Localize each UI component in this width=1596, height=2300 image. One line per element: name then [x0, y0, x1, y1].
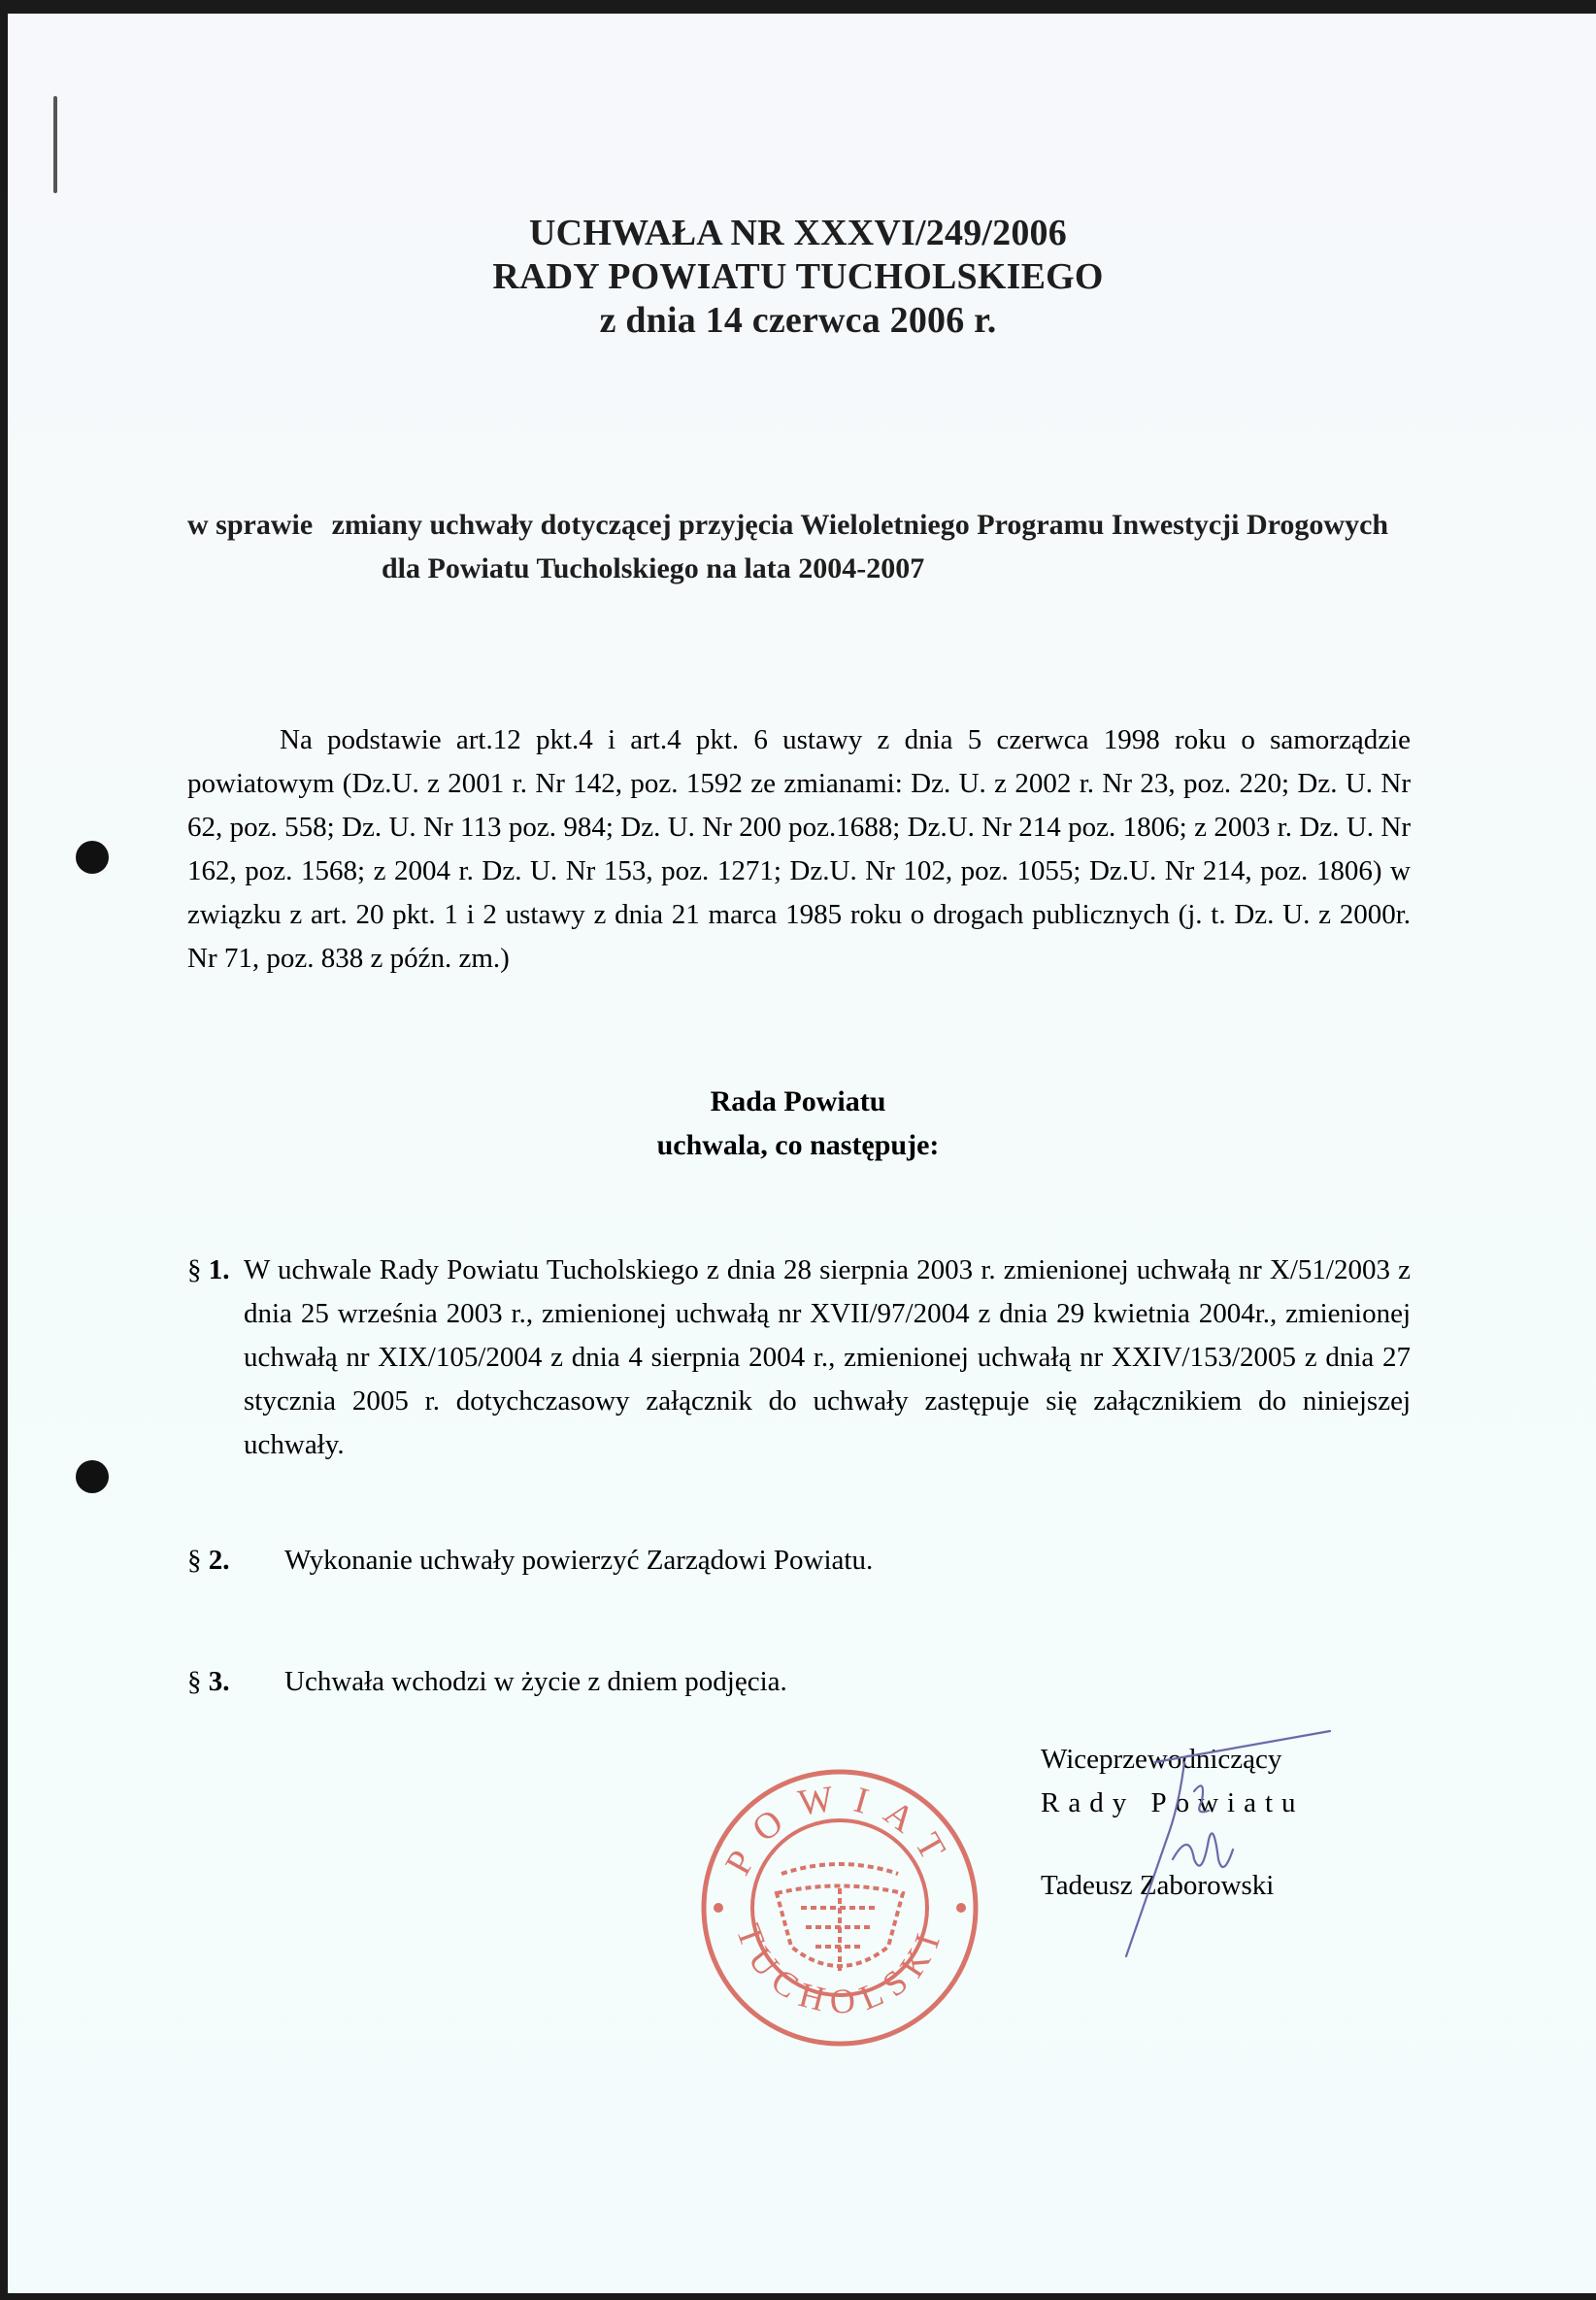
- handwritten-signature: [1097, 1723, 1349, 1976]
- council-name: Rada Powiatu: [0, 1080, 1596, 1123]
- resolution-subject: w sprawie zmiany uchwały dotyczącej przy…: [187, 503, 1411, 590]
- resolution-number: UCHWAŁA NR XXXVI/249/2006: [0, 212, 1596, 255]
- paragraph-number: § 2.: [187, 1539, 284, 1583]
- paragraph-number: § 3.: [187, 1660, 284, 1704]
- paragraph-number: § 1.: [187, 1249, 244, 1467]
- paragraph-2: § 2. Wykonanie uchwały powierzyć Zarządo…: [187, 1539, 1411, 1583]
- paragraph-1: § 1. W uchwale Rady Powiatu Tucholskiego…: [187, 1249, 1411, 1467]
- legal-basis: Na podstawie art.12 pkt.4 i art.4 pkt. 6…: [187, 718, 1411, 981]
- council-resolves: uchwala, co następuje:: [0, 1123, 1596, 1167]
- paragraph-3: § 3. Uchwała wchodzi w życie z dniem pod…: [187, 1660, 1411, 1704]
- punch-hole: [76, 841, 109, 874]
- paragraph-text: Wykonanie uchwały powierzyć Zarządowi Po…: [284, 1539, 1411, 1583]
- punch-hole: [76, 1460, 109, 1493]
- resolution-title: UCHWAŁA NR XXXVI/249/2006 RADY POWIATU T…: [0, 212, 1596, 343]
- subject-text: zmiany uchwały dotyczącej przyjęcia Wiel…: [332, 509, 1388, 584]
- council-declaration: Rada Powiatu uchwala, co następuje:: [0, 1080, 1596, 1167]
- official-stamp: POWIAT TUCHOLSKI: [694, 1762, 985, 2053]
- paragraph-text: W uchwale Rady Powiatu Tucholskiego z dn…: [244, 1249, 1411, 1467]
- paragraph-text: Uchwała wchodzi w życie z dniem podjęcia…: [284, 1660, 1411, 1704]
- issuing-body: RADY POWIATU TUCHOLSKIEGO: [0, 255, 1596, 299]
- eagle-emblem-icon: [777, 1864, 903, 1971]
- resolution-date: z dnia 14 czerwca 2006 r.: [0, 299, 1596, 343]
- staple-mark: [53, 96, 57, 193]
- subject-lead: w sprawie: [187, 509, 313, 541]
